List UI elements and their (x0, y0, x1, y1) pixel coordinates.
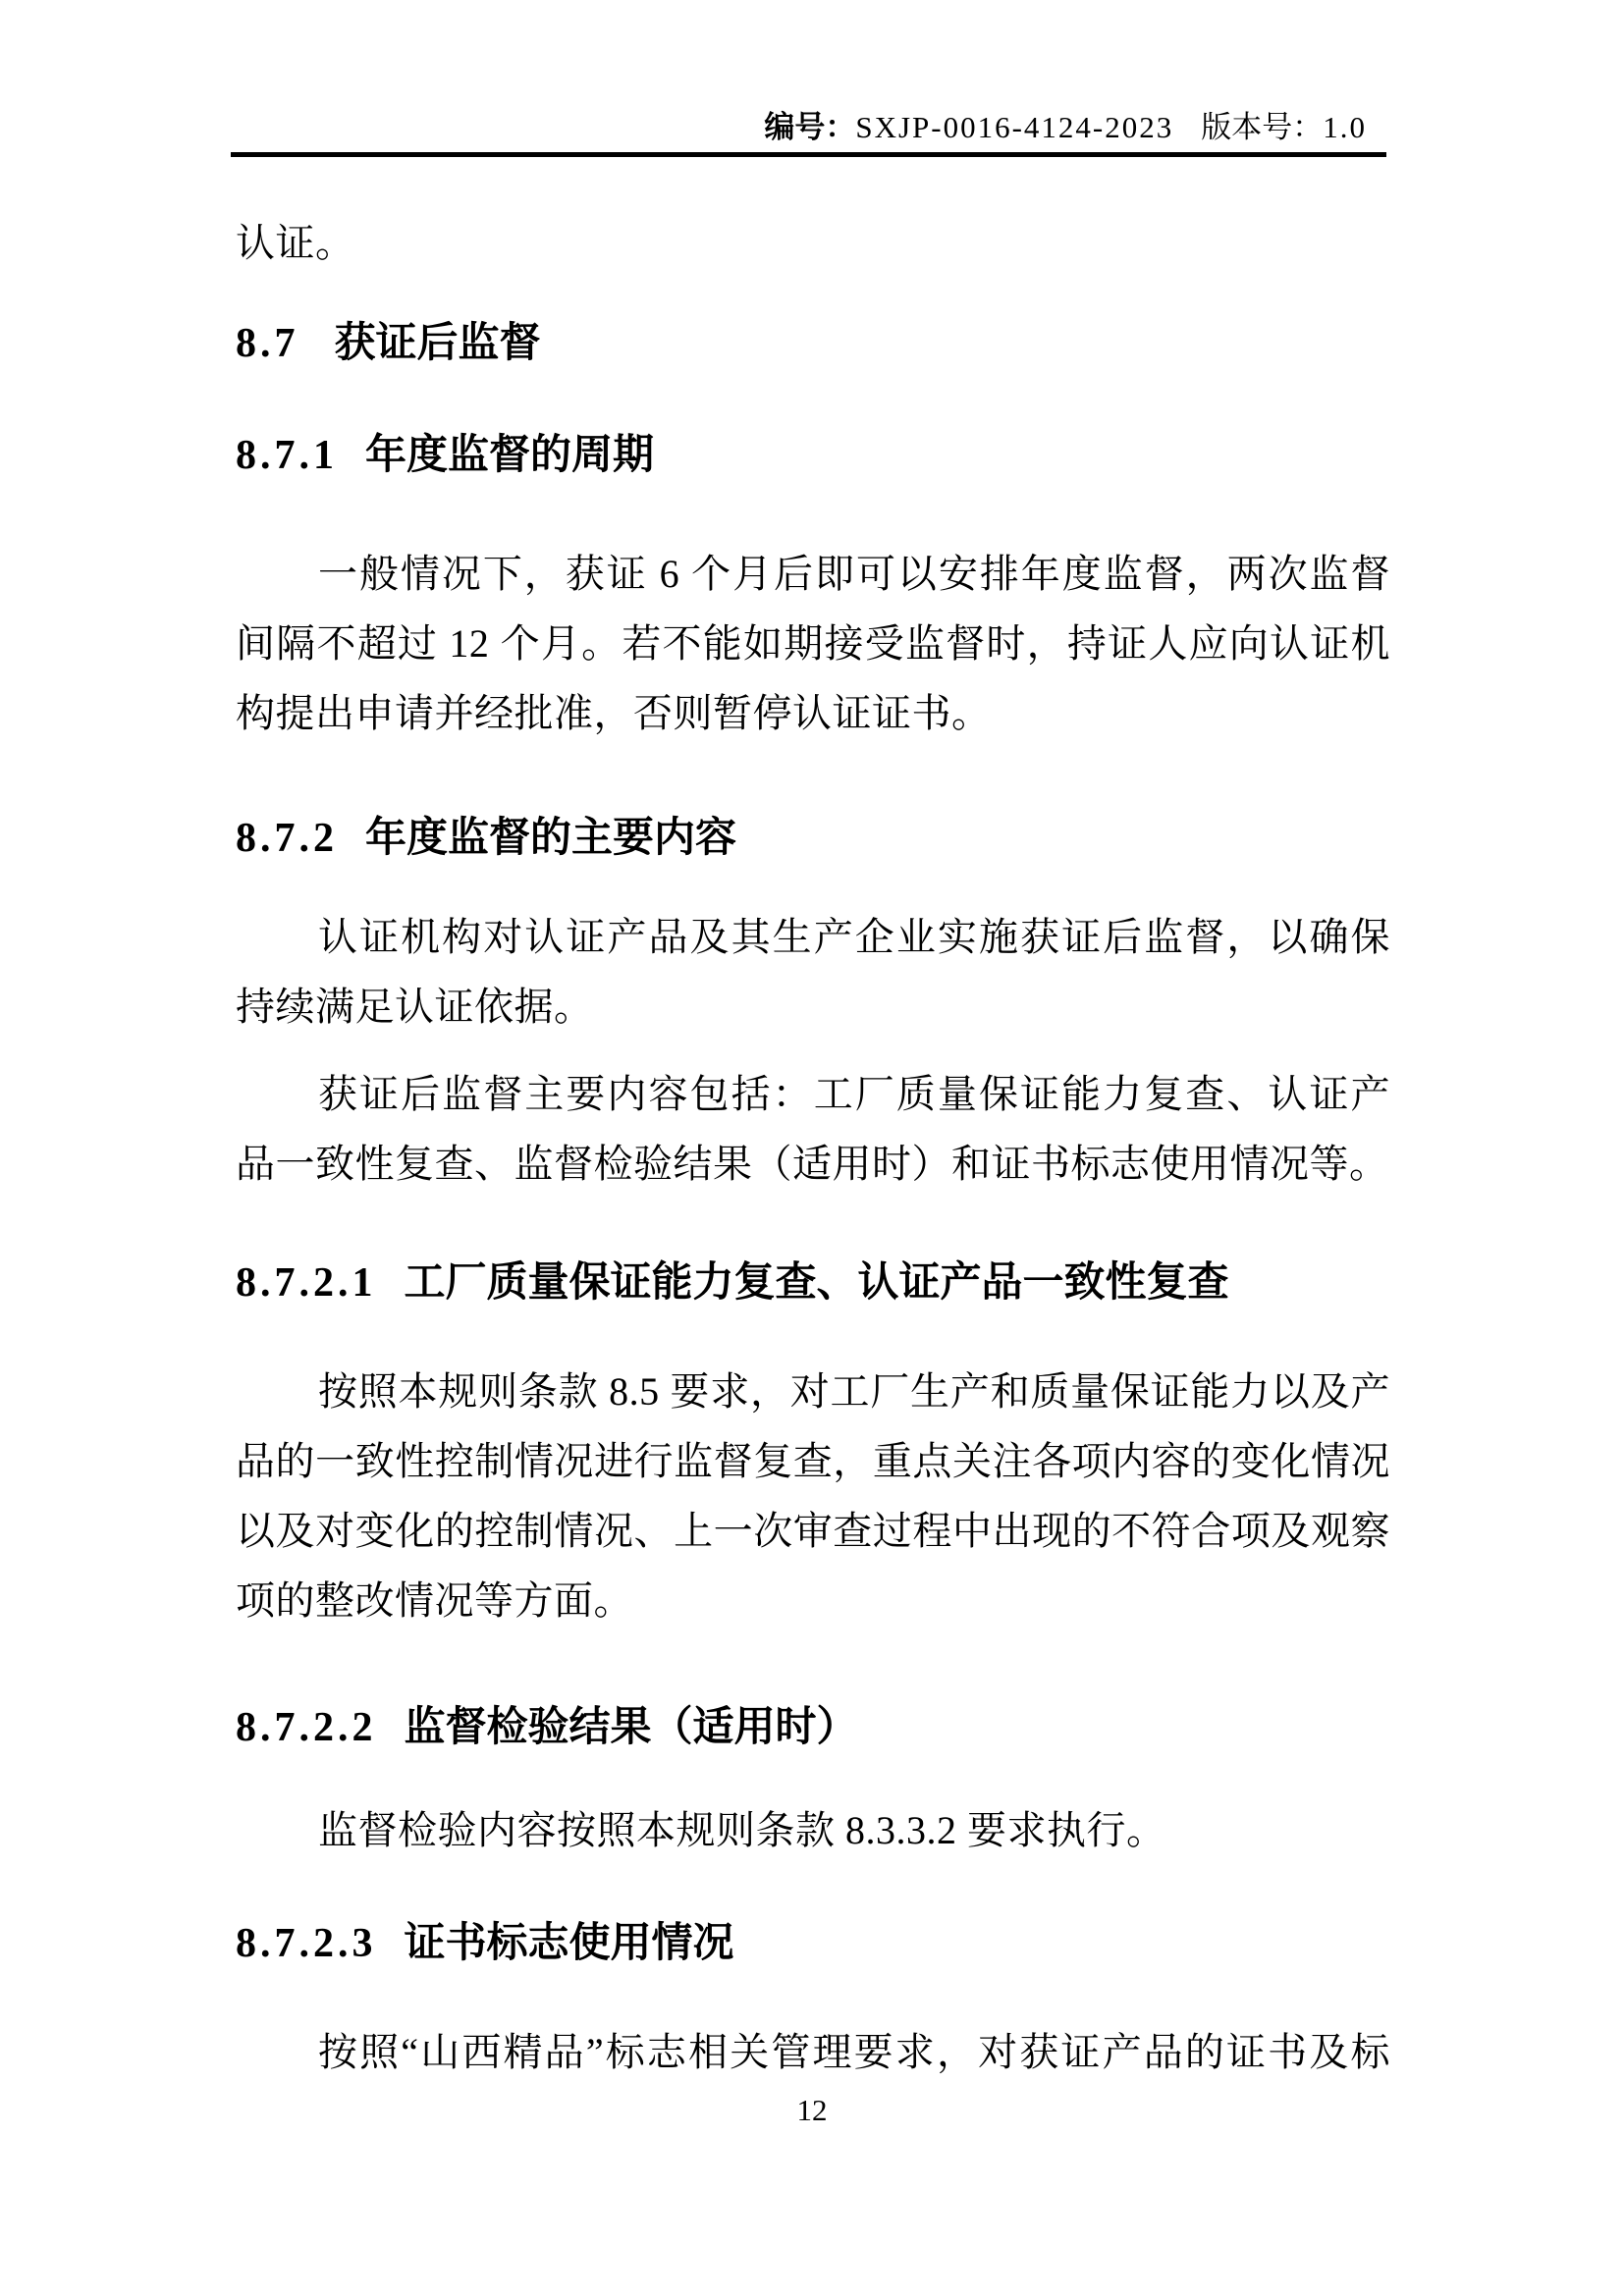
section-heading-8-7-2-1: 8.7.2.1工厂质量保证能力复查、认证产品一致性复查 (236, 1249, 1390, 1318)
heading-title: 工厂质量保证能力复查、认证产品一致性复查 (405, 1260, 1229, 1306)
heading-number: 8.7.2.2 (236, 1705, 377, 1750)
heading-number: 8.7.2.3 (236, 1921, 377, 1966)
heading-title: 证书标志使用情况 (405, 1921, 734, 1966)
section-heading-8-7-2: 8.7.2年度监督的主要内容 (236, 804, 1390, 874)
heading-title: 获证后监督 (335, 321, 541, 366)
version-value: 1.0 (1323, 110, 1367, 144)
paragraph: 一般情况下，获证 6 个月后即可以安排年度监督，两次监督间隔不超过 12 个月。… (236, 539, 1390, 748)
heading-title: 年度监督的周期 (365, 433, 654, 478)
paragraph: 认证机构对认证产品及其生产企业实施获证后监督，以确保持续满足认证依据。 (236, 902, 1390, 1041)
heading-title: 监督检验结果（适用时） (405, 1705, 858, 1750)
section-heading-8-7-1: 8.7.1年度监督的周期 (236, 421, 1390, 491)
paragraph-continuation: 认证。 (236, 208, 1390, 278)
paragraph: 按照本规则条款 8.5 要求，对工厂生产和质量保证能力以及产品的一致性控制情况进… (236, 1357, 1390, 1635)
heading-title: 年度监督的主要内容 (365, 816, 736, 861)
heading-number: 8.7.1 (236, 433, 338, 478)
document-page: 编号：SXJP-0016-4124-2023版本号：1.0 认证。 8.7获证后… (0, 0, 1624, 2296)
section-heading-8-7-2-3: 8.7.2.3证书标志使用情况 (236, 1909, 1390, 1979)
paragraph: 获证后监督主要内容包括：工厂质量保证能力复查、认证产品一致性复查、监督检验结果（… (236, 1059, 1390, 1199)
paragraph: 监督检验内容按照本规则条款 8.3.3.2 要求执行。 (236, 1795, 1390, 1865)
heading-number: 8.7 (236, 321, 299, 366)
doc-number-label: 编号： (764, 110, 855, 144)
heading-number: 8.7.2.1 (236, 1260, 377, 1306)
heading-number: 8.7.2 (236, 816, 338, 861)
header-divider-rule (231, 152, 1386, 157)
page-number: 12 (0, 2093, 1624, 2128)
section-heading-8-7: 8.7获证后监督 (236, 309, 1390, 379)
section-heading-8-7-2-2: 8.7.2.2监督检验结果（适用时） (236, 1693, 1390, 1763)
doc-number-value: SXJP-0016-4124-2023 (855, 110, 1173, 144)
document-body: 认证。 8.7获证后监督 8.7.1年度监督的周期 一般情况下，获证 6 个月后… (236, 159, 1390, 2087)
paragraph: 按照“山西精品”标志相关管理要求，对获证产品的证书及标 (236, 2017, 1390, 2087)
version-label: 版本号： (1201, 110, 1323, 144)
document-header: 编号：SXJP-0016-4124-2023版本号：1.0 (764, 110, 1367, 145)
